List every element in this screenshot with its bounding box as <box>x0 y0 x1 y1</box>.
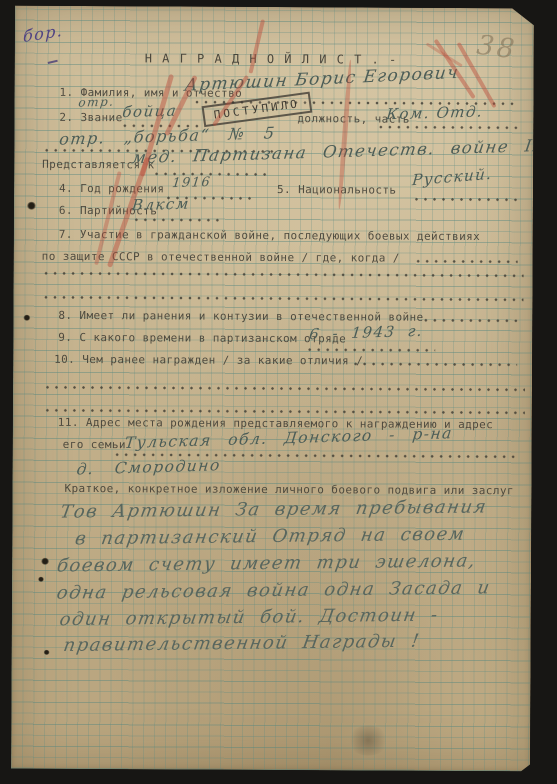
pen-dash-mark <box>48 60 58 64</box>
citation-line-5: один открытый бой. Достоин - <box>58 605 440 631</box>
handwritten-position: Ком. Отд. <box>385 102 484 123</box>
citation-line-3: боевом счету имеет три эшелона, <box>55 550 477 576</box>
citation-heading: Краткое, конкретное изложение личного бо… <box>64 482 514 497</box>
field-label-since-when: 9. С какого времени в партизанском отряд… <box>58 331 346 346</box>
punch-hole <box>44 650 50 655</box>
paper-sheet: бор. 38 Н А Г Р А Д Н О Й Л И С Т . - 1.… <box>11 6 534 772</box>
field-label-wounds: 8. Имеет ли ранения и контузии в отечест… <box>58 309 423 324</box>
dotted-blank-row <box>41 296 523 302</box>
dotted-blank <box>421 319 517 323</box>
scanned-document: бор. 38 Н А Г Р А Д Н О Й Л И С Т . - 1.… <box>0 0 557 784</box>
handwritten-party: Влксм <box>131 195 191 215</box>
punch-hole <box>41 558 49 565</box>
field-label-prior-awards: 10. Чем ранее награжден / за какие отлич… <box>54 353 363 368</box>
dotted-blank <box>132 218 224 221</box>
dotted-blank <box>305 348 435 352</box>
citation-line-1: Тов Артюшин За время пребывания <box>59 496 489 522</box>
handwritten-name: Артюшин Борис Егорович <box>183 63 460 96</box>
field-label-rank: 2. Звание <box>59 111 122 124</box>
dotted-blank <box>351 362 517 366</box>
page-number-pencil: 38 <box>475 30 519 66</box>
handwritten-above-rank: отр. <box>78 95 116 110</box>
handwritten-birth-year: 1916 <box>171 175 212 191</box>
punch-hole <box>27 202 36 210</box>
citation-line-4: одна рельсовая война одна Засада и <box>55 577 492 603</box>
punch-hole <box>23 315 30 321</box>
dotted-blank <box>376 126 518 130</box>
dotted-blank-row <box>42 272 524 278</box>
handwritten-village: д. Смородино <box>76 456 222 478</box>
citation-line-2: в партизанский Отряд на своем <box>74 524 467 550</box>
field-label-nationality: 5. Национальность <box>277 183 396 197</box>
handwritten-nationality: Русский. <box>411 165 493 190</box>
ink-smudge <box>347 725 389 755</box>
handwritten-since-date: 6 - 1943 г. <box>308 322 424 343</box>
dotted-blank-row <box>43 409 525 415</box>
citation-line-6: правительственной Награды ! <box>62 631 422 656</box>
corner-note: бор. <box>23 21 64 46</box>
dotted-blank <box>412 198 518 202</box>
document-title: Н А Г Р А Д Н О Й Л И С Т . - <box>145 51 398 66</box>
field-label-address-2: его семьи <box>63 438 126 451</box>
handwritten-rank: бойца <box>121 102 178 122</box>
dotted-blank-row <box>43 386 525 392</box>
punch-hole <box>38 577 44 582</box>
dotted-blank <box>414 260 518 264</box>
